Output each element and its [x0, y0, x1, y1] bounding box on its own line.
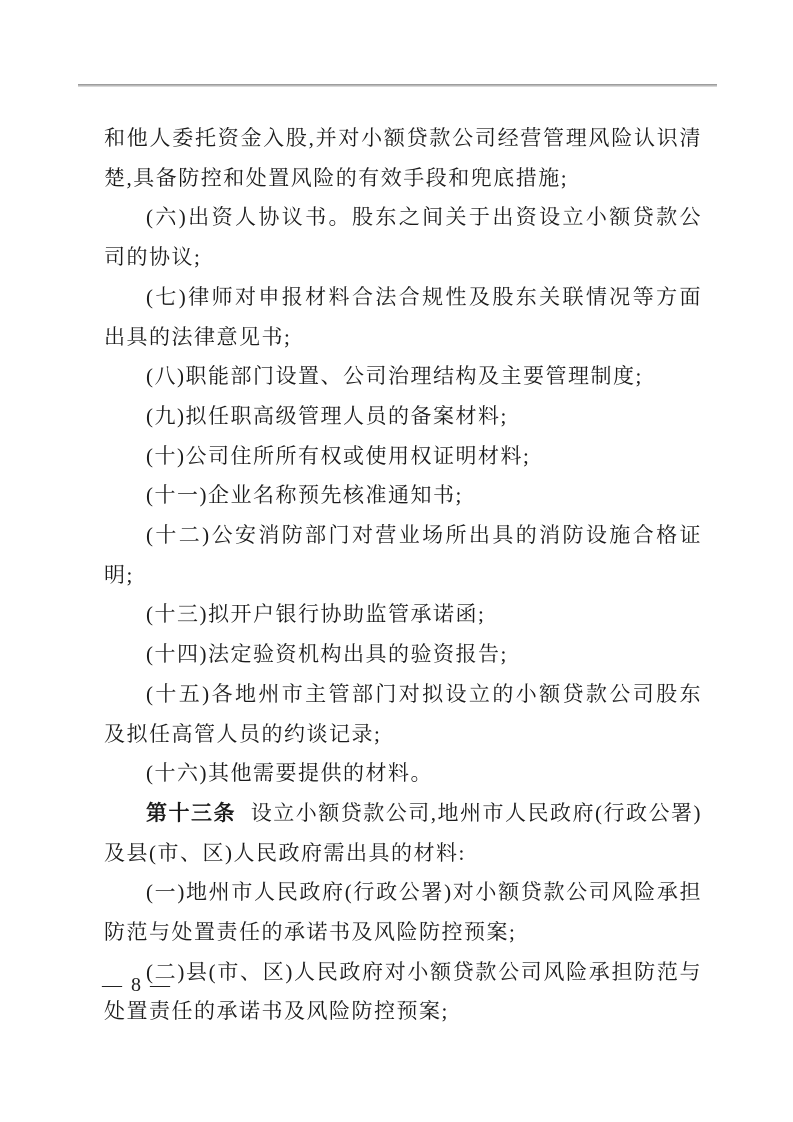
paragraph-item-8: (八)职能部门设置、公司治理结构及主要管理制度; — [104, 357, 702, 397]
paragraph-item-14: (十四)法定验资机构出具的验资报告; — [104, 635, 702, 675]
paragraph-item-10: (十)公司住所所有权或使用权证明材料; — [104, 437, 702, 477]
paragraph-item-7: (七)律师对申报材料合法合规性及股东关联情况等方面出具的法律意见书; — [104, 278, 702, 357]
paragraph-item-11: (十一)企业名称预先核准通知书; — [104, 476, 702, 516]
paragraph-item-1: (一)地州市人民政府(行政公署)对小额贷款公司风险承担防范与处置责任的承诺书及风… — [104, 873, 702, 952]
paragraph-item-9: (九)拟任职高级管理人员的备案材料; — [104, 397, 702, 437]
document-body: 和他人委托资金入股,并对小额贷款公司经营管理风险认识清楚,具备防控和处置风险的有… — [104, 119, 702, 1032]
document-page: 和他人委托资金入股,并对小额贷款公司经营管理风险认识清楚,具备防控和处置风险的有… — [0, 0, 793, 1122]
paragraph-item-16: (十六)其他需要提供的材料。 — [104, 754, 702, 794]
paragraph-item-15: (十五)各地州市主管部门对拟设立的小额贷款公司股东及拟任高管人员的约谈记录; — [104, 675, 702, 754]
paragraph-item-13: (十三)拟开户银行协助监管承诺函; — [104, 595, 702, 635]
paragraph-item-6: (六)出资人协议书。股东之间关于出资设立小额贷款公司的协议; — [104, 198, 702, 277]
paragraph-continuation: 和他人委托资金入股,并对小额贷款公司经营管理风险认识清楚,具备防控和处置风险的有… — [104, 119, 702, 198]
article-13-label: 第十三条 — [146, 802, 236, 825]
paragraph-item-12: (十二)公安消防部门对营业场所出具的消防设施合格证明; — [104, 516, 702, 595]
page-number: — 8 — — [102, 974, 172, 997]
paragraph-article-13: 第十三条设立小额贷款公司,地州市人民政府(行政公署)及县(市、区)人民政府需出具… — [104, 794, 702, 873]
paragraph-item-2: (二)县(市、区)人民政府对小额贷款公司风险承担防范与处置责任的承诺书及风险防控… — [104, 953, 702, 1032]
header-rule — [78, 84, 717, 87]
